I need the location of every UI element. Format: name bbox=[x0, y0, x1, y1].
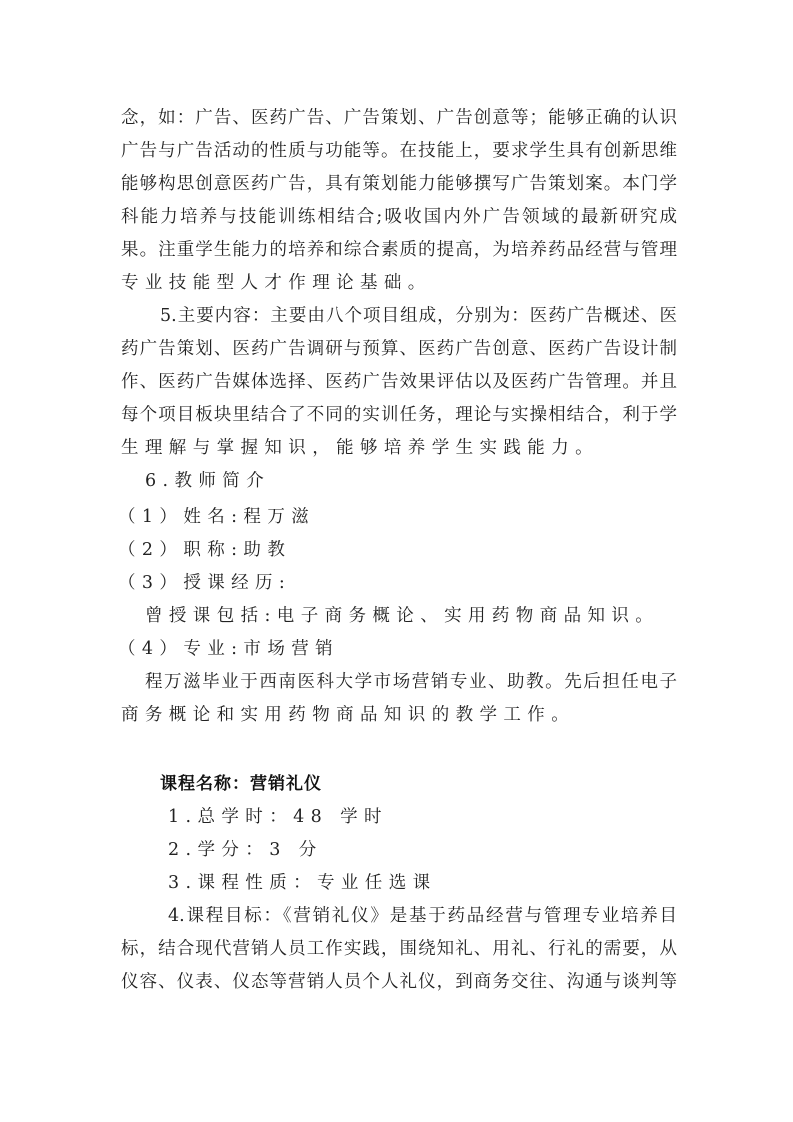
text-line: 科能力培养与技能训练相结合;吸收国内外广告领域的最新研究成 bbox=[121, 205, 677, 229]
teacher-title: （2）职称:助教 bbox=[118, 538, 674, 562]
teacher-experience-label: （3）授课经历: bbox=[118, 571, 674, 595]
teacher-experience-detail: 曾授课包括:电子商务概论、实用药物商品知识。 bbox=[145, 604, 701, 628]
text-line: 作、医药广告媒体选择、医药广告效果评估以及医药广告管理。并且 bbox=[121, 370, 677, 394]
teacher-section-heading: 6.教师简介 bbox=[145, 469, 701, 493]
course-goal-line: 仪容、仪表、仪态等营销人员个人礼仪，到商务交往、沟通与谈判等 bbox=[121, 970, 677, 994]
course-total-hours: 1.总学时：48 学时 bbox=[168, 805, 724, 829]
text-line: 每个项目板块里结合了不同的实训任务，理论与实操相结合，利于学 bbox=[121, 403, 677, 427]
text-line: 能够构思创意医药广告，具有策划能力能够撰写广告策划案。本门学 bbox=[121, 172, 677, 196]
course-goal-line: 4.课程目标：《营销礼仪》是基于药品经营与管理专业培养目 bbox=[168, 904, 677, 928]
course-title-heading: 课程名称：营销礼仪 bbox=[160, 772, 322, 796]
text-line: 念，如：广告、医药广告、广告策划、广告创意等；能够正确的认识 bbox=[121, 106, 677, 130]
course-type: 3.课程性质：专业任选课 bbox=[168, 871, 724, 895]
document-page: 念，如：广告、医药广告、广告策划、广告创意等；能够正确的认识 广告与广告活动的性… bbox=[0, 0, 793, 1122]
text-line: 药广告策划、医药广告调研与预算、医药广告创意、医药广告设计制 bbox=[121, 337, 677, 361]
teacher-name: （1）姓名:程万滋 bbox=[118, 505, 674, 529]
text-line: 广告与广告活动的性质与功能等。在技能上，要求学生具有创新思维 bbox=[121, 139, 677, 163]
text-line: 果。注重学生能力的培养和综合素质的提高，为培养药品经营与管理 bbox=[121, 238, 677, 262]
text-line: 专业技能型人才作理论基础。 bbox=[121, 271, 677, 295]
teacher-bio-line: 程万滋毕业于西南医科大学市场营销专业、助教。先后担任电子 bbox=[145, 670, 677, 694]
teacher-major: （4）专业:市场营销 bbox=[118, 637, 674, 661]
course-credits: 2.学分：3 分 bbox=[168, 838, 724, 862]
text-line: 生理解与掌握知识，能够培养学生实践能力。 bbox=[121, 436, 677, 460]
course-goal-line: 标，结合现代营销人员工作实践，围绕知礼、用礼、行礼的需要，从 bbox=[121, 937, 677, 961]
text-line: 5.主要内容：主要由八个项目组成，分别为：医药广告概述、医 bbox=[160, 304, 677, 328]
teacher-bio-line: 商务概论和实用药物商品知识的教学工作。 bbox=[121, 703, 677, 727]
